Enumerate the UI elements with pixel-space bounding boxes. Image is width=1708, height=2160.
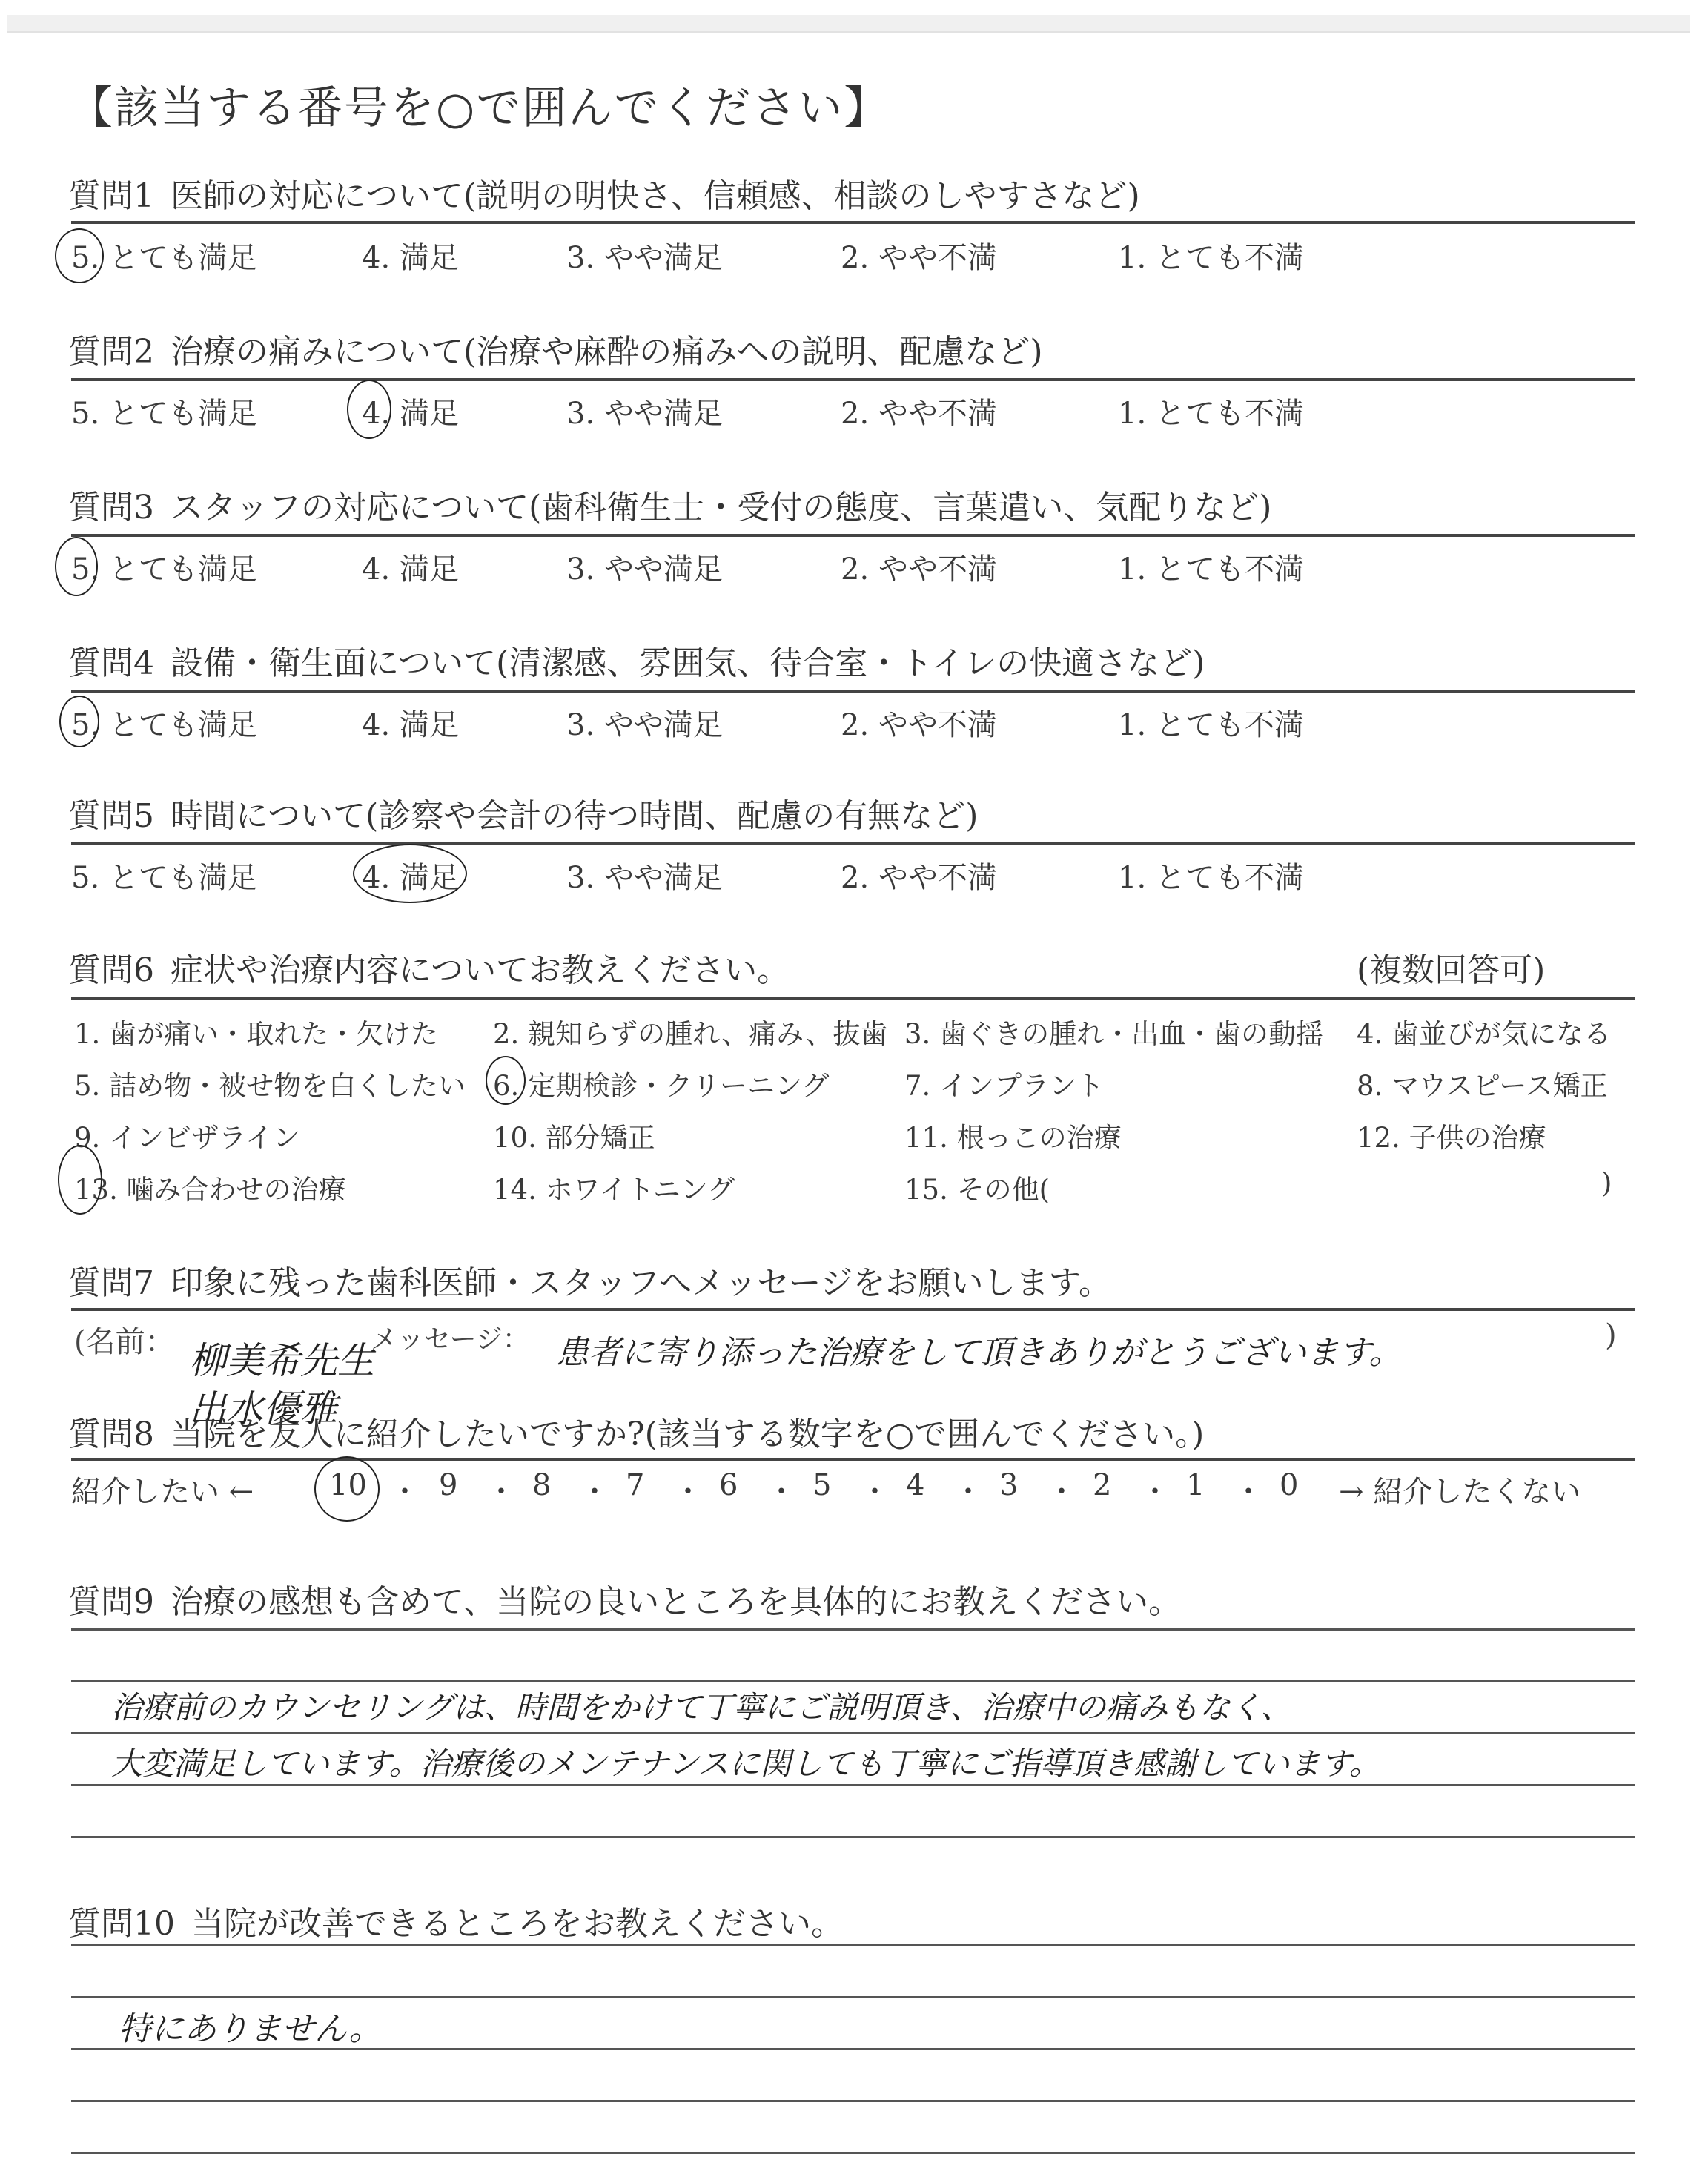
other-close-paren: ) (1601, 1167, 1612, 1199)
q9-answer-line-2[interactable]: 大変満足しています。治療後のメンテナンスに関しても丁寧にご指導頂き感謝しています… (111, 1740, 1380, 1784)
option-5[interactable]: 5. とても満足 (71, 390, 257, 432)
question-text: 設備・衛生面について(清潔感、雰囲気、待合室・トイレの快適さなど) (171, 644, 1205, 682)
question-text: 治療の感想も含めて、当院の良いところを具体的にお教えください。 (171, 1583, 1181, 1621)
divider (71, 1458, 1635, 1461)
option-1[interactable]: 1. とても不満 (1118, 390, 1304, 432)
option-2[interactable]: 2. やや不満 (841, 234, 997, 277)
option-1[interactable]: 1. とても不満 (1118, 854, 1304, 896)
question-1: 質問1医師の対応について(説明の明快さ、信頼感、相談のしやすさなど) (68, 169, 1140, 217)
question-number: 質問3 (68, 489, 154, 526)
scale-dot: ・ (1234, 1468, 1263, 1510)
scale-3[interactable]: 3 (999, 1468, 1018, 1502)
answer-line (71, 1996, 1635, 1998)
scale-9[interactable]: 9 (439, 1468, 457, 1502)
question-5: 質問5時間について(診察や会計の待つ時間、配慮の有無など) (68, 789, 978, 836)
symptom-option-6[interactable]: 6. 定期検診・クリーニング (493, 1063, 829, 1103)
question-number: 質問8 (68, 1416, 154, 1453)
scale-2[interactable]: 2 (1093, 1468, 1111, 1502)
question-10: 質問10当院が改善できるところをお教えください。 (68, 1897, 844, 1944)
option-5[interactable]: 5. とても満足 (71, 854, 257, 896)
symptom-option-13[interactable]: 13. 噛み合わせの治療 (74, 1167, 346, 1207)
scale-8[interactable]: 8 (532, 1468, 551, 1502)
name-value-line-1[interactable]: 柳美希先生 (189, 1331, 374, 1384)
symptom-option-3[interactable]: 3. 歯ぐきの腫れ・出血・歯の動揺 (904, 1011, 1323, 1051)
scale-dot: ・ (860, 1468, 890, 1510)
selection-circle (55, 537, 98, 596)
option-2[interactable]: 2. やや不満 (841, 390, 997, 432)
scale-dot: ・ (673, 1468, 703, 1510)
scale-dot: ・ (1047, 1468, 1076, 1510)
question-4: 質問4設備・衛生面について(清潔感、雰囲気、待合室・トイレの快適さなど) (68, 636, 1205, 684)
rating-options-q5: 5. とても満足 4. 満足 3. やや満足 2. やや不満 1. とても不満 (71, 854, 1554, 891)
option-3[interactable]: 3. やや満足 (566, 854, 723, 896)
option-2[interactable]: 2. やや不満 (841, 701, 997, 744)
question-7: 質問7印象に残った歯科医師・スタッフへメッセージをお願いします。 (68, 1256, 1111, 1304)
option-3[interactable]: 3. やや満足 (566, 234, 723, 277)
option-4[interactable]: 4. 満足 (362, 701, 459, 744)
question-number: 質問4 (68, 644, 154, 682)
selection-circle (353, 844, 467, 903)
scale-dot: ・ (486, 1468, 516, 1510)
question-text: 症状や治療内容についてお教えください。 (171, 951, 790, 989)
message-close-paren: ) (1605, 1318, 1617, 1353)
answer-line (71, 2152, 1635, 2154)
selection-circle (55, 228, 104, 283)
question-text: スタッフの対応について(歯科衛生士・受付の態度、言葉遣い、気配りなど) (171, 489, 1271, 526)
rating-options-q2: 5. とても満足 4. 満足 3. やや満足 2. やや不満 1. とても不満 (71, 390, 1554, 427)
question-8: 質問8当院を友人に紹介したいですか?(該当する数字を○で囲んでください。) (68, 1407, 1204, 1455)
multiple-answers-note: (複数回答可) (1357, 943, 1545, 991)
question-number: 質問1 (68, 177, 154, 215)
symptom-option-11[interactable]: 11. 根っこの治療 (904, 1115, 1122, 1155)
selection-circle (58, 1145, 102, 1215)
scale-left-label: 紹介したい ← (71, 1468, 254, 1510)
answer-line (71, 1732, 1635, 1734)
rating-options-q3: 5. とても満足 4. 満足 3. やや満足 2. やや不満 1. とても不満 (71, 546, 1554, 583)
symptom-option-9[interactable]: 9. インビザライン (74, 1115, 300, 1155)
scale-right-label: → 紹介したくない (1339, 1468, 1580, 1510)
divider (71, 690, 1635, 693)
message-label: メッセージ： (371, 1318, 529, 1356)
question-text: 治療の痛みについて(治療や麻酔の痛みへの説明、配慮など) (171, 333, 1043, 371)
symptom-option-14[interactable]: 14. ホワイトニング (493, 1167, 735, 1207)
symptom-option-12[interactable]: 12. 子供の治療 (1357, 1115, 1546, 1155)
scale-dot: ・ (953, 1468, 983, 1510)
answer-line (71, 1944, 1635, 1946)
option-4[interactable]: 4. 満足 (362, 234, 459, 277)
symptom-option-4[interactable]: 4. 歯並びが気になる (1357, 1011, 1611, 1051)
scale-0[interactable]: 0 (1280, 1468, 1298, 1502)
scale-dot: ・ (1140, 1468, 1170, 1510)
divider (71, 842, 1635, 845)
question-3: 質問3スタッフの対応について(歯科衛生士・受付の態度、言葉遣い、気配りなど) (68, 480, 1271, 528)
question-2: 質問2治療の痛みについて(治療や麻酔の痛みへの説明、配慮など) (68, 325, 1043, 372)
divider (71, 534, 1635, 537)
scale-dot: ・ (580, 1468, 609, 1510)
symptom-option-1[interactable]: 1. 歯が痛い・取れた・欠けた (74, 1011, 438, 1051)
symptom-option-2[interactable]: 2. 親知らずの腫れ、痛み、抜歯 (493, 1011, 888, 1051)
question-number: 質問10 (68, 1905, 175, 1943)
divider (71, 221, 1635, 224)
question-number: 質問6 (68, 951, 154, 989)
option-5[interactable]: 5. とても満足 (71, 546, 257, 588)
symptom-option-5[interactable]: 5. 詰め物・被せ物を白くしたい (74, 1063, 466, 1103)
symptom-option-15[interactable]: 15. その他( (904, 1167, 1050, 1207)
q10-answer[interactable]: 特にありません。 (119, 2002, 382, 2050)
scale-5[interactable]: 5 (812, 1468, 831, 1502)
symptom-option-7[interactable]: 7. インプラント (904, 1063, 1104, 1103)
option-2[interactable]: 2. やや不満 (841, 546, 997, 588)
answer-line (71, 1784, 1635, 1786)
scale-4[interactable]: 4 (906, 1468, 924, 1502)
divider (71, 997, 1635, 1000)
scale-6[interactable]: 6 (719, 1468, 738, 1502)
question-number: 質問7 (68, 1264, 154, 1302)
symptom-option-10[interactable]: 10. 部分矯正 (493, 1115, 655, 1155)
selection-circle (486, 1056, 526, 1105)
option-1[interactable]: 1. とても不満 (1118, 234, 1304, 277)
scan-top-edge (7, 15, 1690, 33)
option-1[interactable]: 1. とても不満 (1118, 546, 1304, 588)
answer-line (71, 1836, 1635, 1838)
question-text: 印象に残った歯科医師・スタッフへメッセージをお願いします。 (171, 1264, 1111, 1302)
name-label: (名前： (74, 1318, 175, 1361)
selection-circle (347, 380, 391, 439)
option-3[interactable]: 3. やや満足 (566, 390, 723, 432)
selection-circle (59, 696, 99, 747)
scale-1[interactable]: 1 (1186, 1468, 1205, 1502)
rating-options-q4: 5. とても満足 4. 満足 3. やや満足 2. やや不満 1. とても不満 (71, 701, 1554, 739)
rating-options-q1: 5. とても満足 4. 満足 3. やや満足 2. やや不満 1. とても不満 (71, 234, 1554, 271)
option-3[interactable]: 3. やや満足 (566, 701, 723, 744)
page-title: 【該当する番号を○で囲んでください】 (68, 73, 890, 136)
question-text: 時間について(診察や会計の待つ時間、配慮の有無など) (171, 797, 978, 835)
divider (71, 1308, 1635, 1311)
option-1[interactable]: 1. とても不満 (1118, 701, 1304, 744)
option-2[interactable]: 2. やや不満 (841, 854, 997, 896)
question-6: 質問6症状や治療内容についてお教えください。 (68, 943, 790, 991)
answer-line (71, 1628, 1635, 1631)
selection-circle (314, 1456, 380, 1522)
question-text: 医師の対応について(説明の明快さ、信頼感、相談のしやすさなど) (171, 177, 1140, 215)
referral-scale: 紹介したい ← 10 ・ 9 ・ 8 ・ 7 ・ 6 ・ 5 ・ 4 ・ 3 ・… (71, 1468, 1643, 1513)
scale-dot: ・ (390, 1468, 420, 1510)
q9-answer-line-1[interactable]: 治療前のカウンセリングは、時間をかけて丁寧にご説明頂き、治療中の痛みもなく、 (111, 1683, 1292, 1728)
question-text: 当院を友人に紹介したいですか?(該当する数字を○で囲んでください。) (171, 1416, 1204, 1453)
answer-line (71, 2048, 1635, 2050)
option-4[interactable]: 4. 満足 (362, 546, 459, 588)
answer-line (71, 2100, 1635, 2102)
scale-dot: ・ (767, 1468, 796, 1510)
question-number: 質問2 (68, 333, 154, 371)
answer-line (71, 1680, 1635, 1682)
question-number: 質問9 (68, 1583, 154, 1621)
divider (71, 378, 1635, 381)
symptom-option-8[interactable]: 8. マウスピース矯正 (1357, 1063, 1608, 1103)
option-3[interactable]: 3. やや満足 (566, 546, 723, 588)
question-text: 当院が改善できるところをお教えください。 (191, 1905, 844, 1943)
question-number: 質問5 (68, 797, 154, 835)
question-9: 質問9治療の感想も含めて、当院の良いところを具体的にお教えください。 (68, 1575, 1181, 1622)
scale-7[interactable]: 7 (626, 1468, 644, 1502)
message-value[interactable]: 患者に寄り添った治療をして頂きありがとうございます。 (556, 1326, 1401, 1373)
symptom-options: 1. 歯が痛い・取れた・欠けた 2. 親知らずの腫れ、痛み、抜歯 3. 歯ぐきの… (74, 1011, 1631, 1219)
